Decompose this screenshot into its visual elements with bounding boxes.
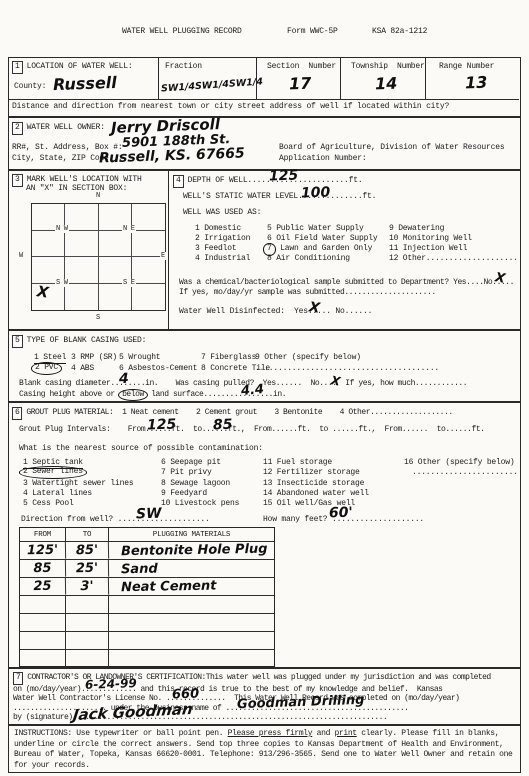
casing-option: 4 ABS [71, 364, 94, 374]
instructions-text: INSTRUCTIONS: Use typewriter or ball poi… [14, 729, 520, 771]
depth-value: 125 [269, 167, 299, 184]
static-level-value: 100 [301, 184, 331, 201]
use-option: 9 Dewatering [389, 224, 444, 234]
completed-date-value: 6-24-99 [85, 676, 137, 692]
section5-number: 5 [12, 335, 23, 348]
section-grid-cell [65, 284, 98, 311]
cell-to: 25' [66, 560, 109, 578]
contam-option: 14 Abandoned water well [263, 489, 369, 499]
form-title: WATER WELL PLUGGING RECORD [122, 27, 242, 37]
contam-option: 5 Cess Pool [23, 499, 74, 509]
grout-intervals-line: Grout Plug Intervals: From......ft. to..… [19, 425, 485, 435]
range-number-value: 13 [465, 73, 488, 93]
section6-title: 6GROUT PLUG MATERIAL: 1 Neat cement 2 Ce… [12, 407, 453, 420]
divider [158, 58, 159, 99]
underlined-print: print [334, 729, 356, 738]
contam-option: 7 Pit privy [161, 468, 212, 478]
cell-to [66, 632, 109, 649]
compass-e-label: E [160, 252, 166, 260]
section-grid-cell [32, 231, 65, 258]
cell-to: 85' [66, 542, 109, 560]
compass-w-label: W [18, 252, 24, 260]
form-number: Form WWC-5P [287, 27, 338, 37]
casing-option: 3 RMP (SR) [71, 353, 117, 363]
contam-option: 9 Feedyard [161, 489, 207, 499]
divider [340, 58, 341, 99]
depth-line: 4DEPTH OF WELL......................ft. [173, 175, 362, 188]
compass-se-label: S E [122, 279, 136, 287]
interval-from-value: 125 [147, 416, 177, 433]
cell-material [109, 650, 274, 667]
contam-option: 4 Lateral lines [23, 489, 92, 499]
col-header-from: FROM [20, 528, 66, 541]
feet-value: 60' [329, 505, 353, 522]
section-grid-cell [99, 284, 132, 311]
well-location-x-mark: X [36, 282, 50, 301]
diameter-value: 4 [119, 371, 129, 387]
cell-from [20, 632, 66, 649]
use-option: 2 Irrigation [195, 234, 250, 244]
cell-material: Neat Cement [109, 577, 274, 597]
county-value: Russell [53, 73, 117, 94]
contam-option: 8 Sewage lagoon [161, 479, 230, 489]
distance-question: Distance and direction from nearest town… [12, 102, 449, 112]
fraction-value: SW1/4SW1/4SW1/4 [161, 76, 264, 94]
table-row: 85 25' Sand [20, 560, 274, 578]
section-grid-cell [65, 204, 98, 231]
divider [9, 99, 519, 100]
contam-option-other: 16 Other (specify below) [404, 458, 514, 468]
section3-title-line2: AN "X" IN SECTION BOX: [26, 184, 127, 194]
contam-option: 3 Watertight sewer lines [23, 479, 133, 489]
contam-option: 11 Fuel storage [263, 458, 332, 468]
cell-material: Sand [109, 559, 274, 579]
cell-from: 25 [20, 578, 66, 596]
section2-number: 2 [12, 122, 23, 135]
section4-number: 4 [173, 175, 184, 188]
fraction-label: Fraction [165, 62, 202, 72]
use-option: 1 Domestic [195, 224, 241, 234]
section5-title: 5TYPE OF BLANK CASING USED: [12, 335, 146, 348]
contamination-question: What is the nearest source of possible c… [19, 444, 263, 454]
cell-from [20, 650, 66, 667]
cell-material: Bentonite Hole Plug [109, 541, 274, 561]
township-number-value: 14 [375, 74, 398, 94]
col-header-materials: PLUGGING MATERIALS [109, 528, 274, 541]
county-label: County: [14, 82, 46, 92]
sample-question: Was a chemical/bacteriological sample su… [179, 278, 514, 288]
cell-material [109, 614, 274, 631]
disinfected-yes-x-mark: X [308, 299, 321, 316]
township-number-label: Township Number [351, 62, 425, 72]
divider [425, 58, 426, 99]
table-row [20, 596, 274, 614]
contam-option: 10 Livestock pens [161, 499, 239, 509]
cell-material [109, 596, 274, 613]
compass-s-label: S [95, 314, 101, 322]
use-option: 8 Air Conditioning [267, 254, 350, 264]
cell-from [20, 614, 66, 631]
section2-title: 2WATER WELL OWNER: [12, 122, 105, 135]
table-row: 125' 85' Bentonite Hole Plug [20, 542, 274, 560]
contam-option: 13 Insecticide storage [263, 479, 364, 489]
section1-title: 1LOCATION OF WATER WELL: [12, 61, 132, 74]
casing-option-pvc-circled: 2 PVC [31, 362, 62, 375]
section7-number: 7 [13, 672, 23, 685]
cell-from [20, 596, 66, 613]
contam-option-sewer-circled: 2 Sewer lines [19, 466, 87, 479]
cell-to [66, 614, 109, 631]
casing-option: 5 Wrought [119, 353, 160, 363]
section-number-label: Section Number [267, 62, 336, 72]
contam-other-dots: ....................... [412, 468, 518, 478]
cell-to: 3' [66, 578, 109, 596]
section-grid [31, 203, 166, 311]
table-row [20, 632, 274, 650]
cell-to [66, 596, 109, 613]
compass-ne-label: N E [122, 225, 136, 233]
use-option: 10 Monitoring Well [389, 234, 472, 244]
section-grid-cell [132, 257, 165, 284]
cell-material [109, 632, 274, 649]
instructions-box: INSTRUCTIONS: Use typewriter or ball poi… [8, 725, 521, 773]
compass-sw-label: S W [55, 279, 69, 287]
section-grid-cell [132, 284, 165, 311]
plugging-table: FROM TO PLUGGING MATERIALS 125' 85' Bent… [19, 527, 275, 667]
section6-grout-box: 6GROUT PLUG MATERIAL: 1 Neat cement 2 Ce… [8, 402, 521, 668]
section2-owner-box: 2WATER WELL OWNER: Jerry Driscoll RR#, S… [8, 117, 521, 170]
use-option: 4 Industrial [195, 254, 250, 264]
casing-option: 6 Asbestos-Cement [119, 364, 197, 374]
section3-number: 3 [12, 174, 23, 187]
cell-to [66, 650, 109, 667]
section4-well-data-box: 4DEPTH OF WELL......................ft. … [168, 170, 521, 330]
casing-height-value: 4.4 [240, 382, 264, 399]
table-row: 25 3' Neat Cement [20, 578, 274, 596]
use-option: 5 Public Water Supply [267, 224, 364, 234]
section-grid-cell [99, 231, 132, 258]
disinfected-line: Water Well Disinfected: Yes..... No.....… [179, 307, 372, 317]
section1-location-box: 1LOCATION OF WATER WELL: County: Russell… [8, 57, 521, 117]
used-as-label: WELL WAS USED AS: [183, 208, 261, 218]
col-header-to: TO [66, 528, 109, 541]
cell-from: 85 [20, 560, 66, 578]
form-statute: KSA 82a-1212 [372, 27, 427, 37]
section7-certification-box: 7CONTRACTOR'S OR LANDOWNER'S CERTIFICATI… [8, 668, 521, 725]
below-circled: below [118, 389, 148, 401]
direction-line: Direction from well? ...................… [21, 515, 210, 525]
use-option-circled: 7 Lawn and Garden Only [267, 244, 372, 254]
underlined-press-firmly: Please press firmly [228, 729, 313, 738]
use-option: 6 Oil Field Water Supply [267, 234, 377, 244]
compass-nw-label: N W [55, 225, 69, 233]
compass-n-label: N [95, 192, 101, 200]
table-row [20, 650, 274, 667]
contam-option: 6 Seepage pit [161, 458, 221, 468]
board-text: Board of Agriculture, Division of Water … [279, 143, 504, 153]
section3-location-grid-box: 3MARK WELL'S LOCATION WITH AN "X" IN SEC… [8, 170, 169, 330]
casing-other-dots: ........................................ [255, 364, 439, 374]
range-number-label: Range Number [439, 62, 494, 72]
table-row [20, 614, 274, 632]
casing-option: 9 Other (specify below) [255, 353, 361, 363]
direction-value: SW [136, 506, 162, 523]
interval-to-value: 85 [213, 417, 233, 434]
sample-date-line: If yes, mo/day/yr sample was submitted..… [179, 288, 436, 298]
section1-number: 1 [12, 61, 23, 74]
section-grid-cell [65, 257, 98, 284]
section-grid-cell [65, 231, 98, 258]
cell-from: 125' [20, 542, 66, 560]
use-option: 3 Feedlot [195, 244, 236, 254]
casing-option: 7 Fiberglass [201, 353, 256, 363]
scanned-form-page: WATER WELL PLUGGING RECORD Form WWC-5P K… [0, 0, 529, 776]
use-option: 11 Injection Well [389, 244, 467, 254]
use-option: 12 Other.................... [389, 254, 518, 264]
section-grid-cell [132, 204, 165, 231]
contam-option: 12 Fertilizer storage [263, 468, 360, 478]
static-level-line: WELL'S STATIC WATER LEVEL..............f… [183, 192, 376, 202]
section5-casing-box: 5TYPE OF BLANK CASING USED: 1 Steel 3 RM… [8, 330, 521, 402]
application-number-label: Application Number: [279, 154, 366, 164]
section-number-value: 17 [289, 74, 312, 94]
table-header-row: FROM TO PLUGGING MATERIALS [20, 528, 274, 542]
section6-number: 6 [12, 407, 22, 420]
